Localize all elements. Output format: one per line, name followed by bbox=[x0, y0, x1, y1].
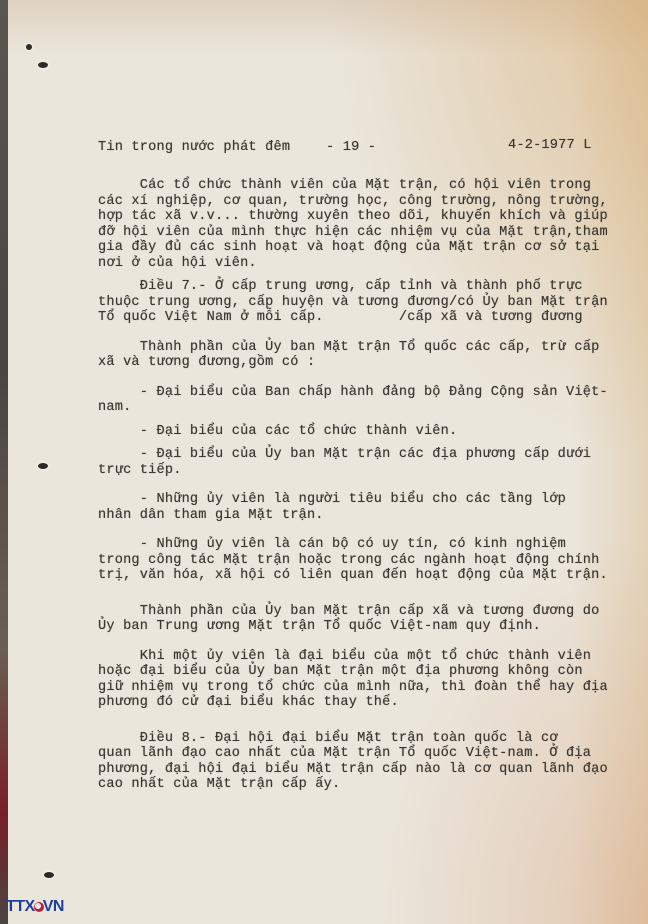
text-line: Thành phần của Ủy ban Mặt trận Tổ quốc c… bbox=[98, 340, 618, 356]
text-line: - Đại biểu của Ban chấp hành đảng bộ Đản… bbox=[98, 385, 618, 401]
text-line: gia đầy đủ các sinh hoạt và hoạt động củ… bbox=[98, 240, 618, 256]
paragraph-commune-composition: Thành phần của Ủy ban Mặt trận cấp xã và… bbox=[98, 604, 618, 635]
text-line: nam. bbox=[98, 400, 618, 416]
text-line: nhân dân tham gia Mặt trận. bbox=[98, 508, 618, 524]
text-line: các xí nghiệp, cơ quan, trường học, công… bbox=[98, 194, 618, 210]
text-line: cao nhất của Mặt trận cấp ấy. bbox=[98, 777, 618, 793]
text-line: - Đại biểu của các tổ chức thành viên. bbox=[98, 424, 618, 440]
text-line: nơi ở của hội viên. bbox=[98, 256, 618, 272]
text-line: đỡ hội viên của mình thực hiện các nhiệm… bbox=[98, 225, 618, 241]
text-line: Thành phần của Ủy ban Mặt trận cấp xã và… bbox=[98, 604, 618, 620]
list-item-experienced-cadres: - Những ủy viên là cán bộ có uy tín, có … bbox=[98, 537, 618, 584]
punch-hole-middle bbox=[38, 463, 48, 469]
punch-hole-bottom bbox=[44, 872, 54, 878]
text-line: xã và tương đương,gồm có : bbox=[98, 355, 618, 371]
paragraph-article-8: Điều 8.- Đại hội đại biểu Mặt trận toàn … bbox=[98, 731, 618, 793]
logo-text-right: VN bbox=[43, 898, 64, 915]
text-line: hợp tác xã v.v... thường xuyên theo dõi,… bbox=[98, 209, 618, 225]
text-line: trị, văn hóa, xã hội có liên quan đến ho… bbox=[98, 568, 618, 584]
text-line: Điều 7.- Ở cấp trung ương, cấp tỉnh và t… bbox=[98, 279, 618, 295]
list-item-representative-members: - Những ủy viên là người tiêu biểu cho c… bbox=[98, 492, 618, 523]
text-line: Các tổ chức thành viên của Mặt trận, có … bbox=[98, 178, 618, 194]
header-page-number: - 19 - bbox=[326, 140, 376, 155]
binder-edge bbox=[0, 0, 8, 924]
text-line: - Đại biểu của Ủy ban Mặt trận các địa p… bbox=[98, 447, 618, 463]
ttxvn-logo: TTXVN bbox=[6, 899, 64, 915]
text-line: trực tiếp. bbox=[98, 463, 618, 479]
list-item-party-delegates: - Đại biểu của Ban chấp hành đảng bộ Đản… bbox=[98, 385, 618, 416]
text-line: hoặc đại biểu của Ủy ban Mặt trận một đị… bbox=[98, 664, 618, 680]
text-line: trong công tác Mặt trận hoặc trong các n… bbox=[98, 553, 618, 569]
list-item-member-org-delegates: - Đại biểu của các tổ chức thành viên. bbox=[98, 424, 618, 440]
text-line: - Những ủy viên là cán bộ có uy tín, có … bbox=[98, 537, 618, 553]
header-source: Tin trong nước phát đêm bbox=[98, 140, 290, 155]
text-line: phương, đại hội đại biểu Mặt trận cấp nà… bbox=[98, 762, 618, 778]
punch-hole-top-small bbox=[26, 44, 32, 50]
paragraph-composition: Thành phần của Ủy ban Mặt trận Tổ quốc c… bbox=[98, 340, 618, 371]
header-date-code: 4-2-1977 L bbox=[508, 138, 592, 153]
text-line: - Những ủy viên là người tiêu biểu cho c… bbox=[98, 492, 618, 508]
text-line: Tổ quốc Việt Nam ở mỗi cấp. /cấp xã và t… bbox=[98, 310, 618, 326]
paragraph-member-organizations: Các tổ chức thành viên của Mặt trận, có … bbox=[98, 178, 618, 271]
logo-text-left: TTX bbox=[6, 898, 35, 915]
punch-hole-top bbox=[38, 62, 48, 68]
page-header: Tin trong nước phát đêm - 19 - 4-2-1977 … bbox=[98, 140, 618, 158]
list-item-local-committee-delegates: - Đại biểu của Ủy ban Mặt trận các địa p… bbox=[98, 447, 618, 478]
text-line: Điều 8.- Đại hội đại biểu Mặt trận toàn … bbox=[98, 731, 618, 747]
paragraph-article-7: Điều 7.- Ở cấp trung ương, cấp tỉnh và t… bbox=[98, 279, 618, 326]
typewritten-text: Tin trong nước phát đêm - 19 - 4-2-1977 … bbox=[98, 140, 618, 793]
text-line: giữ nhiệm vụ trong tổ chức của mình nữa,… bbox=[98, 680, 618, 696]
scanned-document-page: Tin trong nước phát đêm - 19 - 4-2-1977 … bbox=[0, 0, 648, 924]
text-line: thuộc trung ương, cấp huyện và tương đươ… bbox=[98, 295, 618, 311]
text-line: phương đó cử đại biểu khác thay thế. bbox=[98, 695, 618, 711]
text-line: quan lãnh đạo cao nhất của Mặt trận Tổ q… bbox=[98, 746, 618, 762]
text-line: Khi một ủy viên là đại biểu của một tổ c… bbox=[98, 649, 618, 665]
paragraph-member-replacement: Khi một ủy viên là đại biểu của một tổ c… bbox=[98, 649, 618, 711]
text-line: Ủy ban Trung ương Mặt trận Tổ quốc Việt-… bbox=[98, 619, 618, 635]
